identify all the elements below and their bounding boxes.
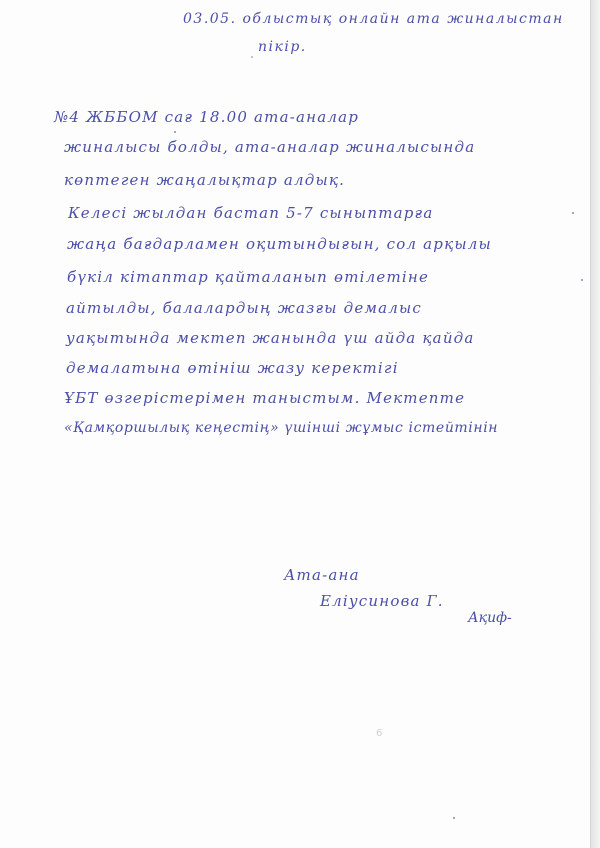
body-line: №4 ЖББОМ сағ 18.00 ата-аналар (54, 110, 359, 125)
signature-mark: Ақиф- (468, 610, 512, 626)
body-line: демалатына өтініш жазу керектігі (66, 361, 399, 376)
body-line: жаңа бағдарламен оқитындығын, сол арқылы (67, 237, 492, 252)
paper-speck (453, 817, 455, 819)
paper-speck (581, 279, 583, 281)
scan-edge (591, 0, 600, 848)
body-line: айтылды, балалардың жазғы демалыс (66, 301, 422, 316)
paper-speck (251, 56, 253, 58)
header-line-2: пікір. (258, 40, 307, 54)
body-line: ҰБТ өзгерістерімен таныстым. Мектепте (64, 391, 465, 406)
signature-role: Ата-ана (284, 568, 360, 583)
body-line: уақытында мектеп жанында үш айда қайда (66, 331, 475, 346)
body-line: «Қамқоршылық кеңестің» үшінші жұмыс істе… (64, 421, 498, 435)
body-line: жиналысы болды, ата-аналар жиналысында (64, 140, 475, 155)
paper-speck (174, 131, 176, 133)
header-line-1: 03.05. облыстық онлайн ата жиналыстан (183, 12, 564, 26)
page-number: 6 (376, 728, 382, 739)
body-line: көптеген жаңалықтар алдық. (64, 173, 345, 188)
document-page: 03.05. облыстық онлайн ата жиналыстан пі… (0, 0, 591, 848)
paper-speck (572, 212, 574, 214)
body-line: бүкіл кітаптар қайталанып өтілетіне (67, 270, 429, 285)
signature-name: Еліусинова Г. (320, 594, 444, 609)
body-line: Келесі жылдан бастап 5-7 сыныптарға (68, 206, 433, 221)
